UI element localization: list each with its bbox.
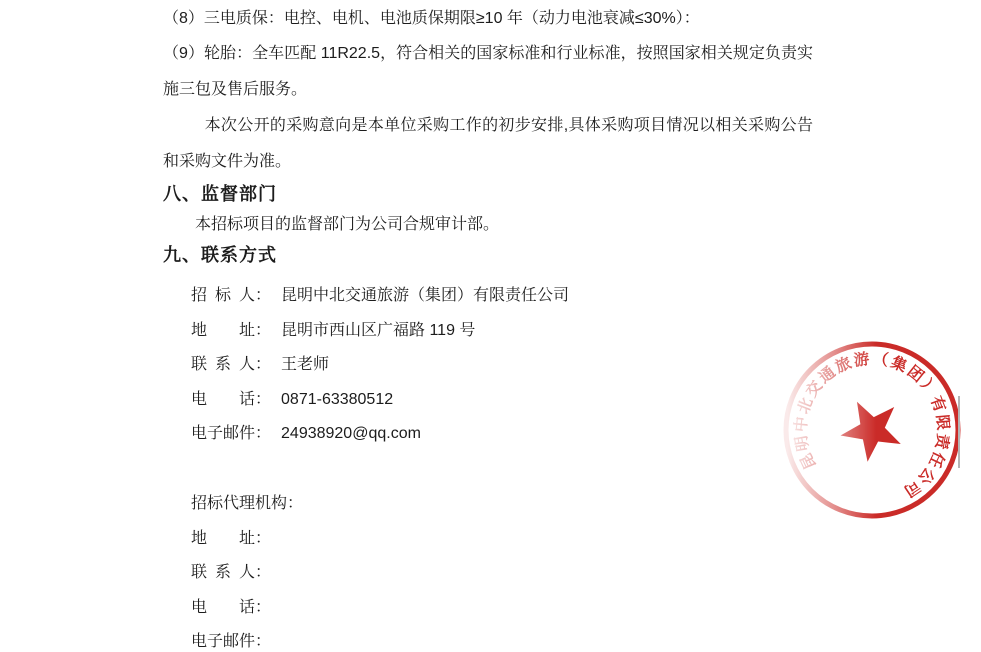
agency-heading: 招标代理机构： — [191, 487, 813, 522]
field-colon: ： — [255, 391, 271, 408]
spec-item-8: （8）三电质保：电控、电机、电池质保期限≥10 年（动力电池衰减≤30%）： — [163, 1, 813, 36]
field-label: 电子邮件 — [191, 625, 255, 652]
field-colon: ： — [255, 425, 271, 442]
tenderer-contact-block: 招标人：昆明中北交通旅游（集团）有限责任公司 地址：昆明市西山区广福路 119 … — [191, 279, 813, 452]
field-colon: ： — [255, 564, 271, 581]
field-label: 电话 — [191, 383, 255, 418]
star-icon — [830, 387, 911, 467]
field-colon: ： — [255, 287, 271, 304]
field-row-agency-contact-person: 联系人： — [191, 556, 813, 591]
spec-item-9: （9）轮胎：全车匹配 11R22.5，符合相关的国家标准和行业标准，按照国家相关… — [163, 36, 813, 108]
document-body: （8）三电质保：电控、电机、电池质保期限≥10 年（动力电池衰减≤30%）： （… — [163, 1, 813, 652]
scan-artifact-line — [958, 396, 960, 468]
field-colon: ： — [255, 599, 271, 616]
field-value: 24938920@qq.com — [281, 425, 421, 442]
section-heading-supervision: 八、监督部门 — [163, 180, 813, 209]
section-heading-contact: 九、联系方式 — [163, 240, 813, 270]
field-label: 联系人 — [191, 348, 255, 383]
field-label: 地址 — [191, 314, 255, 349]
field-colon: ： — [255, 633, 271, 650]
field-row-phone: 电话：0871-63380512 — [191, 383, 813, 418]
field-row-agency-email: 电子邮件： — [191, 625, 813, 652]
field-value: 王老师 — [281, 356, 329, 373]
field-colon: ： — [287, 495, 303, 512]
field-label: 地址 — [191, 522, 255, 557]
field-label: 招标人 — [191, 279, 255, 314]
field-value: 0871-63380512 — [281, 391, 393, 408]
field-label: 电话 — [191, 591, 255, 626]
field-row-agency-address: 地址： — [191, 522, 813, 557]
field-label: 联系人 — [191, 556, 255, 591]
field-row-contact-person: 联系人：王老师 — [191, 348, 813, 383]
field-colon: ： — [255, 356, 271, 373]
field-row-email: 电子邮件：24938920@qq.com — [191, 417, 813, 452]
agency-contact-block: 招标代理机构： 地址： 联系人： 电话： 电子邮件： — [191, 487, 813, 652]
field-value: 昆明中北交通旅游（集团）有限责任公司 — [281, 287, 569, 304]
closing-paragraph: 本次公开的采购意向是本单位采购工作的初步安排,具体采购项目情况以相关采购公告和采… — [163, 108, 813, 180]
field-row-address: 地址：昆明市西山区广福路 119 号 — [191, 314, 813, 349]
field-value: 昆明市西山区广福路 119 号 — [281, 322, 475, 339]
field-row-agency-phone: 电话： — [191, 591, 813, 626]
agency-heading-label: 招标代理机构 — [191, 495, 287, 512]
field-row-tenderer: 招标人：昆明中北交通旅游（集团）有限责任公司 — [191, 279, 813, 314]
field-label: 电子邮件 — [191, 417, 255, 452]
field-colon: ： — [255, 322, 271, 339]
field-colon: ： — [255, 530, 271, 547]
document-page: （8）三电质保：电控、电机、电池质保期限≥10 年（动力电池衰减≤30%）： （… — [0, 0, 981, 652]
supervision-body: 本招标项目的监督部门为公司合规审计部。 — [163, 209, 813, 240]
company-seal-stamp: 昆明中北交通旅游（集团）有限责任公司 — [760, 325, 975, 540]
